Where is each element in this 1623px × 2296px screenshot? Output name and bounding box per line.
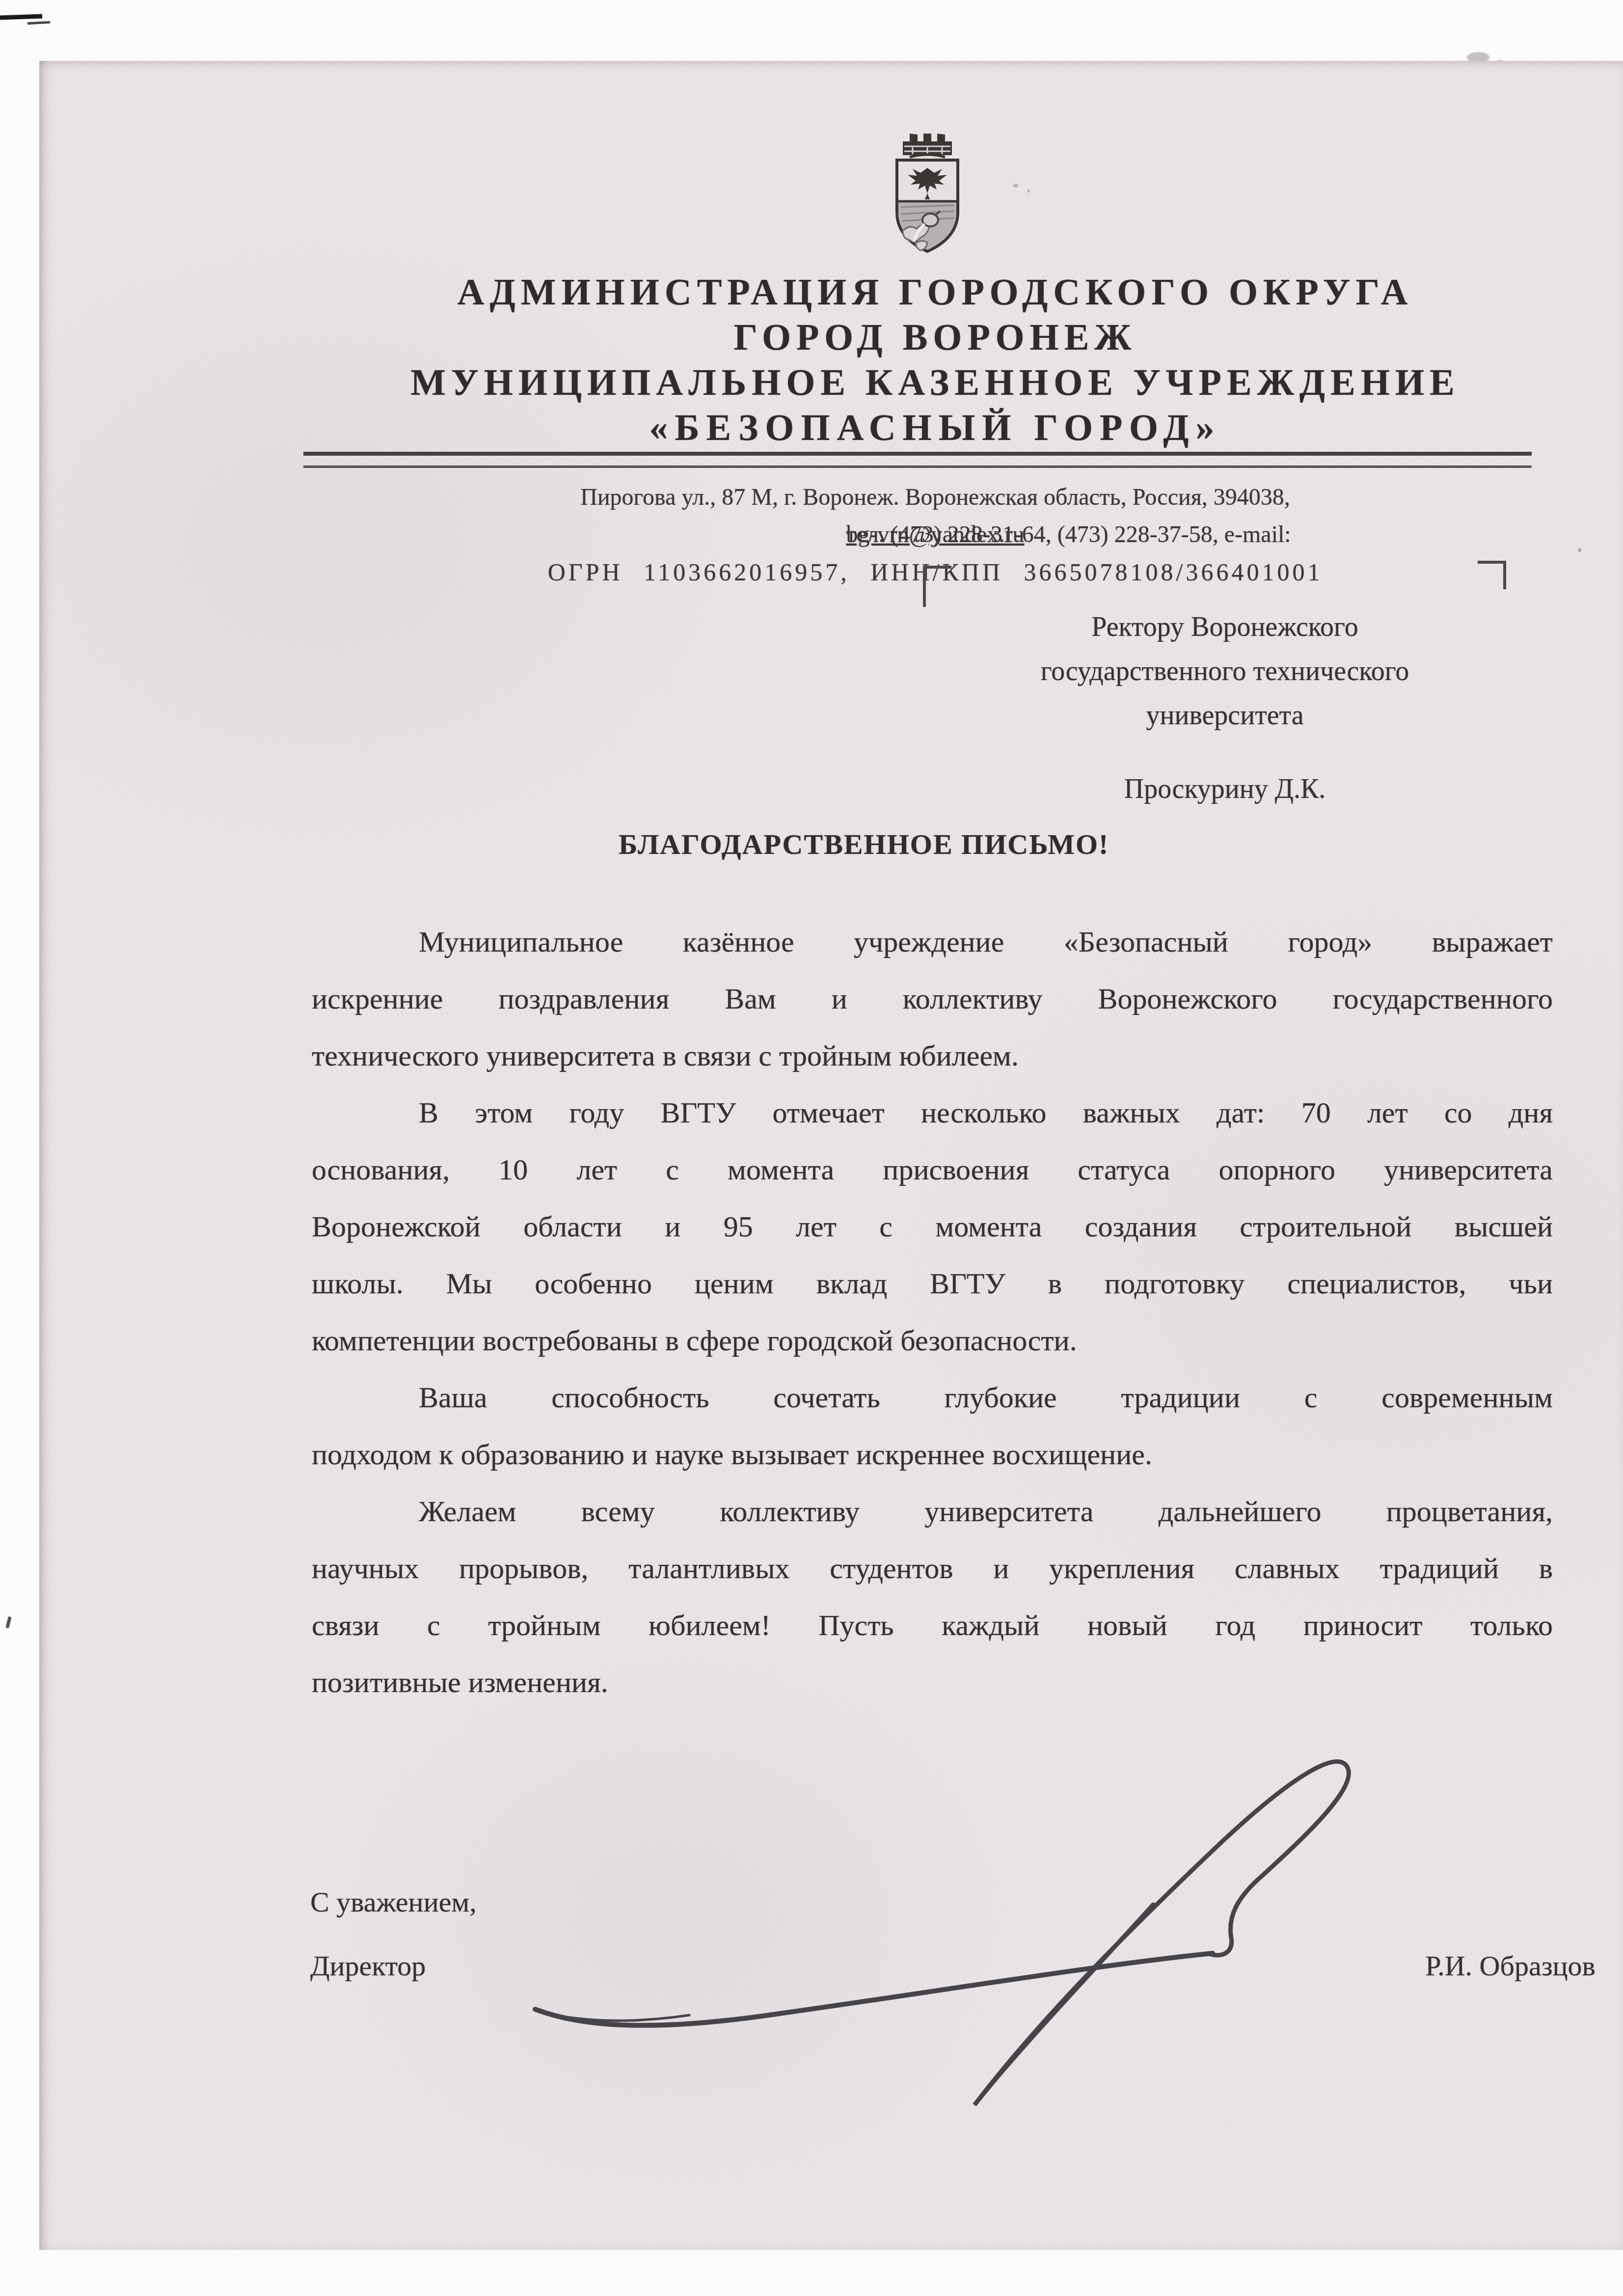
body-text-line: компетенции востребованы в сфере городск… (312, 1312, 1553, 1369)
letter-title: БЛАГОДАРСТВЕННОЕ ПИСЬМО! (619, 828, 1041, 861)
phone-email-line: тел. (473) 228-31-64, (473) 228-37-58, e… (199, 517, 1623, 553)
scan-edge-smudge (0, 14, 42, 20)
body-text-line: Ваша способность сочетать глубокие тради… (312, 1369, 1553, 1426)
org-name-line: ГОРОД ВОРОНЕЖ (199, 315, 1623, 359)
recipient-name: Проскурину Д.К. (979, 767, 1470, 811)
signoff-name: Р.И. Образцов (1276, 1949, 1596, 1982)
body-text-line: искренние поздравления Вам и коллективу … (312, 970, 1553, 1027)
scan-speck (1027, 190, 1030, 192)
registration-numbers: ОГРН 1103662016957, ИНН/КПП 3665078108/3… (199, 554, 1623, 590)
org-name-line: АДМИНИСТРАЦИЯ ГОРОДСКОГО ОКРУГА (199, 270, 1623, 314)
letterhead-divider-rule (303, 452, 1532, 468)
org-name-line: «БЕЗОПАСНЫЙ ГОРОД» (199, 406, 1623, 450)
address-corner-mark-right (1478, 561, 1506, 589)
paragraph: В этом году ВГТУ отмечает несколько важн… (312, 1084, 1553, 1369)
director-signature-ink (501, 1660, 1384, 2180)
recipient-line: Ректору Воронежского (979, 605, 1470, 649)
recipient-line: государственного технического (979, 649, 1470, 693)
body-text-line: технического университета в связи с трой… (312, 1027, 1553, 1084)
postal-address: Пирогова ул., 87 М, г. Воронеж. Воронежс… (199, 479, 1623, 516)
body-text-line: подходом к образованию и науке вызывает … (312, 1426, 1553, 1483)
scan-edge-smudge (27, 21, 50, 25)
letterhead-org-block: АДМИНИСТРАЦИЯ ГОРОДСКОГО ОКРУГА ГОРОД ВО… (199, 61, 1623, 503)
phone-numbers: тел. (473) 228-31-64, (473) 228-37-58, e… (846, 517, 1291, 553)
org-name-line: МУНИЦИПАЛЬНОЕ КАЗЕННОЕ УЧРЕЖДЕНИЕ (199, 360, 1623, 405)
address-corner-mark-left (923, 566, 951, 607)
signoff-regards: С уважением, (310, 1886, 477, 1918)
body-text-line: Муниципальное казённое учреждение «Безоп… (312, 913, 1553, 970)
scanned-letter-screenshot: { "document_type": "scanned-official-let… (0, 0, 1623, 2296)
paragraph: Ваша способность сочетать глубокие тради… (312, 1369, 1553, 1483)
body-text-line: научных прорывов, талантливых студентов … (312, 1540, 1553, 1597)
recipient-line: университета (979, 693, 1470, 738)
letter-body: Муниципальное казённое учреждение «Безоп… (312, 913, 1553, 1738)
signoff-position: Директор (310, 1949, 426, 1982)
body-text-line: Воронежской области и 95 лет с момента с… (312, 1198, 1553, 1255)
scan-speck (1013, 184, 1018, 188)
body-text-line: школы. Мы особенно ценим вклад ВГТУ в по… (312, 1255, 1553, 1312)
paragraph: Муниципальное казённое учреждение «Безоп… (312, 913, 1553, 1084)
body-text-line: связи с тройным юбилеем! Пусть каждый но… (312, 1597, 1553, 1654)
scan-speck (1578, 548, 1582, 552)
body-text-line: В этом году ВГТУ отмечает несколько важн… (312, 1084, 1553, 1141)
scan-speck (5, 1616, 12, 1629)
body-text-line: основания, 10 лет с момента присвоения с… (312, 1141, 1553, 1198)
letter-paper: АДМИНИСТРАЦИЯ ГОРОДСКОГО ОКРУГА ГОРОД ВО… (39, 61, 1623, 2250)
body-text-line: Желаем всему коллективу университета дал… (312, 1483, 1553, 1540)
